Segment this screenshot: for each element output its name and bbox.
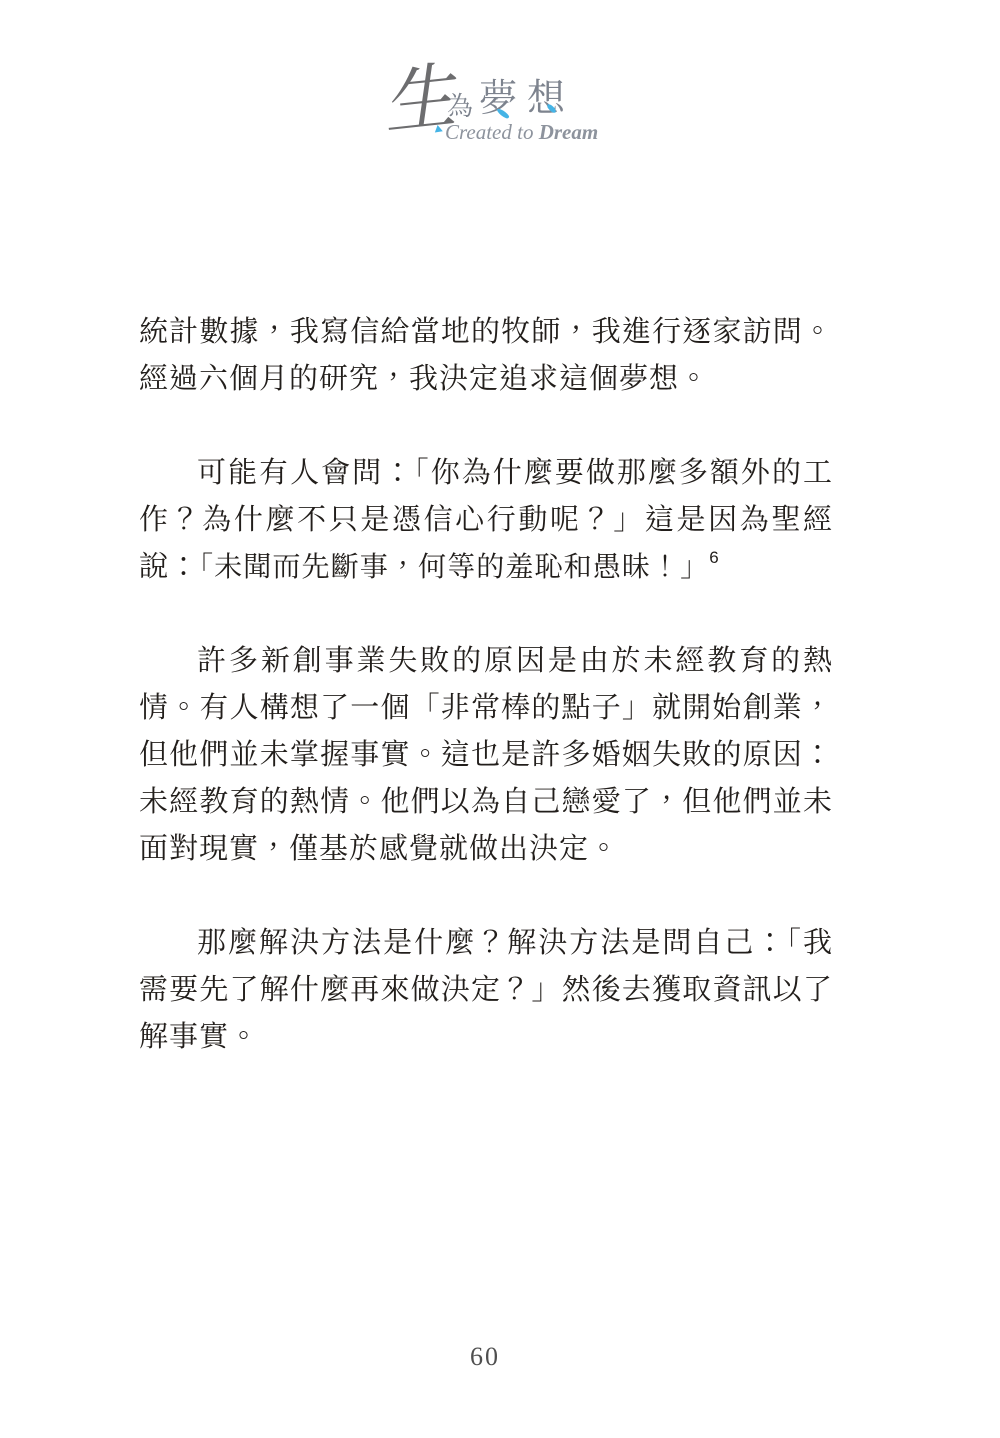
created-to-dream-logo: 生 為 夢想 Created to Dream	[383, 68, 613, 148]
page-number: 60	[0, 1342, 970, 1372]
logo-tagline: Created to Dream	[445, 120, 598, 144]
tagline-regular-text: Created to	[445, 120, 539, 144]
paragraph-continuation: 統計數據，我寫信給當地的牧師，我進行逐家訪問。經過六個月的研究，我決定追求這個夢…	[139, 309, 833, 403]
footnote-marker: 6	[709, 548, 719, 567]
logo-char-wei: 為	[447, 93, 473, 119]
paragraph-question: 可能有人會問：「你為什麼要做那麼多額外的工作？為什麼不只是憑信心行動呢？」這是因…	[139, 450, 833, 591]
logo-chars-mengxiang: 夢想	[479, 80, 575, 118]
paragraph-uneducated-enthusiasm: 許多新創事業失敗的原因是由於未經教育的熱情。有人構想了一個「非常棒的點子」就開始…	[139, 638, 833, 873]
paragraph-solution: 那麼解決方法是什麼？解決方法是問自己：「我需要先了解什麼再來做決定？」然後去獲取…	[139, 920, 833, 1061]
body-text: 統計數據，我寫信給當地的牧師，我進行逐家訪問。經過六個月的研究，我決定追求這個夢…	[139, 309, 833, 1108]
scripture-quote: 「未聞而先斷事，何等的羞恥和愚昧！」	[199, 552, 709, 583]
book-page: 生 為 夢想 Created to Dream 統計數據，我寫信給當地的牧師，我…	[0, 0, 1000, 1438]
tagline-bold-text: Dream	[539, 120, 599, 144]
